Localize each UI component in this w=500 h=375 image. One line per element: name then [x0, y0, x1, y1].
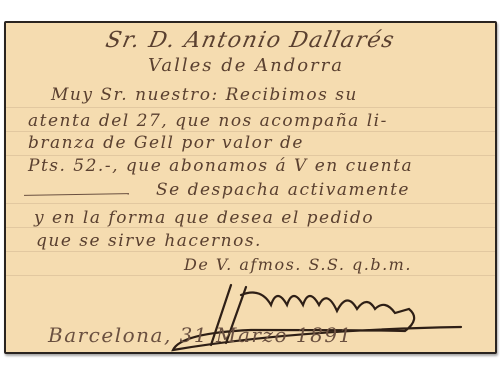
postcard: Sr. D. Antonio Dallarés Valles de Andorr… [4, 21, 497, 354]
body-line-5: Se despacha activamente [156, 180, 410, 200]
ruled-line [6, 107, 495, 108]
body-line-2: atenta del 27, que nos acompaña li- [28, 111, 388, 131]
address-line-2: Valles de Andorra [148, 55, 344, 76]
ruled-line [6, 203, 495, 204]
amount-underline [24, 193, 129, 196]
address-line-1: Sr. D. Antonio Dallarés [103, 28, 397, 53]
body-line-3: branza de Gell por valor de [28, 133, 304, 153]
closing-line: De V. afmos. S.S. q.b.m. [184, 255, 412, 274]
body-line-6: y en la forma que desea el pedido [34, 208, 374, 228]
body-line-4: Pts. 52.-, que abonamos á V en cuenta [28, 156, 413, 176]
body-line-7: que se sirve hacernos. [36, 231, 262, 251]
ruled-line [6, 251, 495, 252]
ruled-line [6, 131, 495, 132]
place-date: Barcelona, 31 Marzo 1891 [48, 323, 353, 347]
body-line-1: Muy Sr. nuestro: Recibimos su [51, 85, 358, 105]
